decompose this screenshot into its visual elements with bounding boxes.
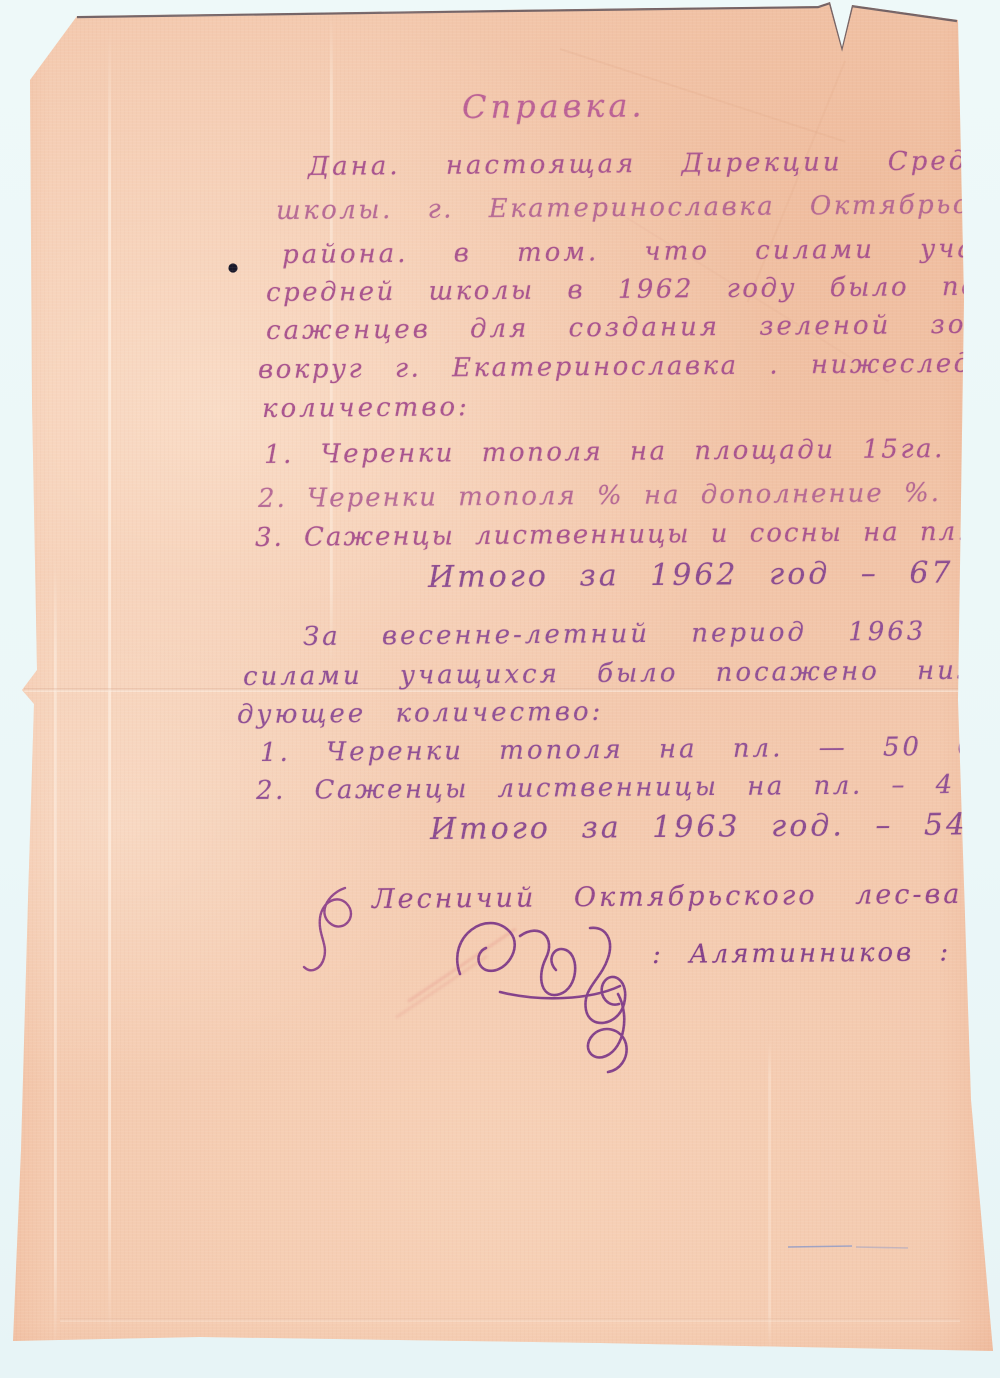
ink-dot — [228, 263, 237, 272]
intro-line: района. в том. что силами учащихся — [282, 233, 1000, 270]
intro-line: средней школы в 1962 году было посажено — [266, 271, 1000, 308]
ink-overlay — [0, 0, 1000, 1378]
vertical-fold-crease — [768, 1040, 771, 1350]
vertical-fold-crease — [330, 15, 333, 665]
intro-line: саженцев для создания зеленой зоны — [266, 310, 1000, 346]
diagonal-crease — [599, 200, 888, 382]
diagonal-crease — [560, 48, 846, 143]
horizontal-fold-crease — [24, 688, 964, 692]
paper-sheet: Справка. Дана. настоящая Дирекции Средне… — [0, 0, 1000, 1378]
scanned-document: Справка. Дана. настоящая Дирекции Средне… — [0, 0, 1000, 1378]
stamp-smudge — [395, 955, 488, 1019]
intro-line: школы. г. Екатеринославка Октябрьского — [276, 189, 1000, 226]
pen-line — [788, 1246, 908, 1248]
signature-role: Лесничий Октябрьского лес-ва — [372, 879, 963, 915]
list-item-1962: 2. Черенки тополя % на дополнение %. 7 г… — [258, 475, 1000, 514]
total-1963: Итого за 1963 год. – 54 000 шт. — [430, 806, 1000, 847]
intro-line: количество: — [262, 392, 470, 424]
period-1963-line: силами учащихся было посажено нижесле- — [243, 655, 1000, 692]
signature-flourish — [304, 888, 351, 970]
document-title: Справка. — [462, 86, 646, 126]
diagonal-crease — [747, 61, 846, 303]
vertical-fold-crease — [54, 560, 57, 1350]
list-item-1962: 1. Черенки тополя на площади 15га. – 22 … — [264, 432, 1000, 470]
horizontal-fold-crease — [60, 1318, 960, 1322]
paper-top-edge — [77, 3, 957, 47]
total-1962: Итого за 1962 год – 67 500 шт. — [428, 554, 1000, 595]
list-item-1963: 1. Черенки тополя на пл. — 50 000 шт. — [260, 731, 1000, 768]
period-1963-line: За весенне-летний период 1963 года — [303, 616, 1000, 652]
list-item-1962: 3. Саженцы лиственницы и сосны на пл. 23… — [255, 514, 1000, 553]
vertical-fold-crease — [108, 30, 111, 1340]
period-1963-line: дующее количество: — [237, 697, 604, 730]
list-item-1963: 2. Саженцы лиственницы на пл. – 4 000 шт… — [256, 768, 1000, 806]
intro-line: Дана. настоящая Дирекции Средней — [308, 146, 1000, 182]
signature-scrawl — [457, 923, 626, 1072]
intro-line: вокруг г. Екатеринославка . нижеследующе… — [258, 348, 1000, 385]
signature-name: : Алятинников : — [652, 937, 951, 970]
stamp-smudge — [407, 928, 516, 1003]
